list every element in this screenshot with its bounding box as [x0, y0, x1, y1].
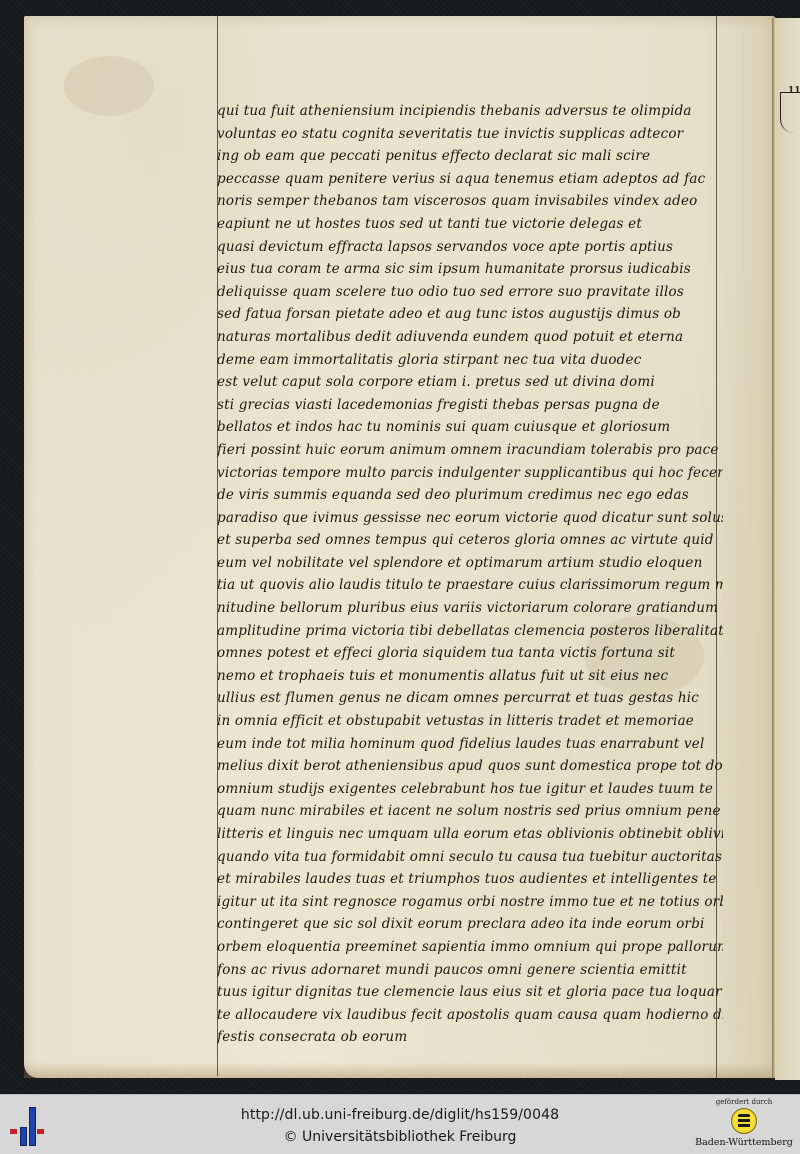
manuscript-line: et mirabiles laudes tuas et triumphos tu… — [217, 868, 723, 892]
manuscript-line: et superba sed omnes tempus qui ceteros … — [217, 529, 723, 553]
manuscript-line: noris semper thebanos tam viscerosos qua… — [217, 190, 723, 214]
page-gutter — [772, 18, 774, 1078]
handwritten-text-block: qui tua fuit atheniensium incipiendis th… — [217, 100, 723, 1049]
adjacent-page-mark — [780, 92, 800, 133]
manuscript-line: sed fatua forsan pietate adeo et aug tun… — [217, 303, 723, 327]
manuscript-line: nemo et trophaeis tuis et monumentis all… — [217, 664, 723, 688]
manuscript-line: te allocaudere vix laudibus fecit aposto… — [217, 1003, 723, 1027]
manuscript-line: litteris et linguis nec umquam ulla eoru… — [217, 822, 723, 846]
manuscript-line: eum inde tot milia hominum quod fidelius… — [217, 732, 723, 756]
manuscript-line: deliquisse quam scelere tuo odio tuo sed… — [217, 280, 723, 304]
manuscript-line: fons ac rivus adornaret mundi paucos omn… — [217, 958, 723, 982]
manuscript-line: nitudine bellorum pluribus eius variis v… — [217, 596, 723, 620]
manuscript-line: ullius est flumen genus ne dicam omnes p… — [217, 687, 723, 711]
manuscript-line: melius dixit berot atheniensibus apud qu… — [217, 755, 723, 779]
manuscript-line: de viris summis equanda sed deo plurimum… — [217, 484, 723, 508]
manuscript-line: in omnia efficit et obstupabit vetustas … — [217, 709, 723, 733]
manuscript-line: peccasse quam penitere verius si aqua te… — [217, 167, 723, 191]
sponsor-label: gefördert durch — [694, 1098, 794, 1106]
manuscript-line: est velut caput sola corpore etiam i. pr… — [217, 371, 723, 395]
manuscript-line: festis consecrata ob eorum — [217, 1026, 723, 1050]
manuscript-line: sti grecias viasti lacedemonias fregisti… — [217, 393, 723, 417]
manuscript-line: eapiunt ne ut hostes tuos sed ut tanti t… — [217, 212, 723, 236]
manuscript-scan: 11 qui tua fuit atheniensium incipiendis… — [0, 0, 800, 1094]
manuscript-line: omnium studijs exigentes celebrabunt hos… — [217, 777, 723, 801]
sponsor-badge[interactable]: gefördert durch Baden-Württemberg — [694, 1096, 794, 1154]
adjacent-page-number: 11 — [788, 86, 800, 96]
manuscript-line: paradiso que ivimus gessisse nec eorum v… — [217, 506, 723, 530]
manuscript-line: naturas mortalibus dedit adiuvenda eunde… — [217, 325, 723, 349]
manuscript-line: tia ut quovis alio laudis titulo te prae… — [217, 574, 723, 598]
manuscript-line: eum vel nobilitate vel splendore et opti… — [217, 551, 723, 575]
manuscript-line: victorias tempore multo parcis indulgent… — [217, 461, 723, 485]
permalink-url[interactable]: http://dl.ub.uni-freiburg.de/diglit/hs15… — [0, 1107, 800, 1123]
manuscript-line: amplitudine prima victoria tibi debellat… — [217, 619, 723, 643]
manuscript-line: fieri possint huic eorum animum omnem ir… — [217, 438, 723, 462]
manuscript-line: ing ob eam que peccati penitus effecto d… — [217, 145, 723, 169]
manuscript-line: quando vita tua formidabit omni seculo t… — [217, 845, 723, 869]
adjacent-page-edge — [775, 18, 800, 1080]
sponsor-name: Baden-Württemberg — [694, 1137, 794, 1148]
manuscript-line: qui tua fuit atheniensium incipiendis th… — [217, 99, 723, 123]
manuscript-line: contingeret que sic sol dixit eorum prec… — [217, 913, 723, 937]
footer-bar: http://dl.ub.uni-freiburg.de/diglit/hs15… — [0, 1094, 800, 1154]
manuscript-line: orbem eloquentia preeminet sapientia imm… — [217, 935, 723, 959]
manuscript-line: voluntas eo statu cognita severitatis tu… — [217, 122, 723, 146]
manuscript-line: quasi devictum effracta lapsos servandos… — [217, 235, 723, 259]
manuscript-line: deme eam immortalitatis gloria stirpant … — [217, 348, 723, 372]
manuscript-line: tuus igitur dignitas tue clemencie laus … — [217, 981, 723, 1005]
manuscript-line: omnes potest et effeci gloria siquidem t… — [217, 642, 723, 666]
manuscript-line: eius tua coram te arma sic sim ipsum hum… — [217, 258, 723, 282]
manuscript-line: igitur ut ita sint regnosce rogamus orbi… — [217, 890, 723, 914]
coat-of-arms-icon — [731, 1108, 757, 1134]
parchment-stain — [64, 56, 154, 116]
copyright-notice: © Universitätsbibliothek Freiburg — [0, 1129, 800, 1145]
manuscript-line: bellatos et indos hac tu nominis sui qua… — [217, 416, 723, 440]
manuscript-line: quam nunc mirabiles et iacent ne solum n… — [217, 800, 723, 824]
